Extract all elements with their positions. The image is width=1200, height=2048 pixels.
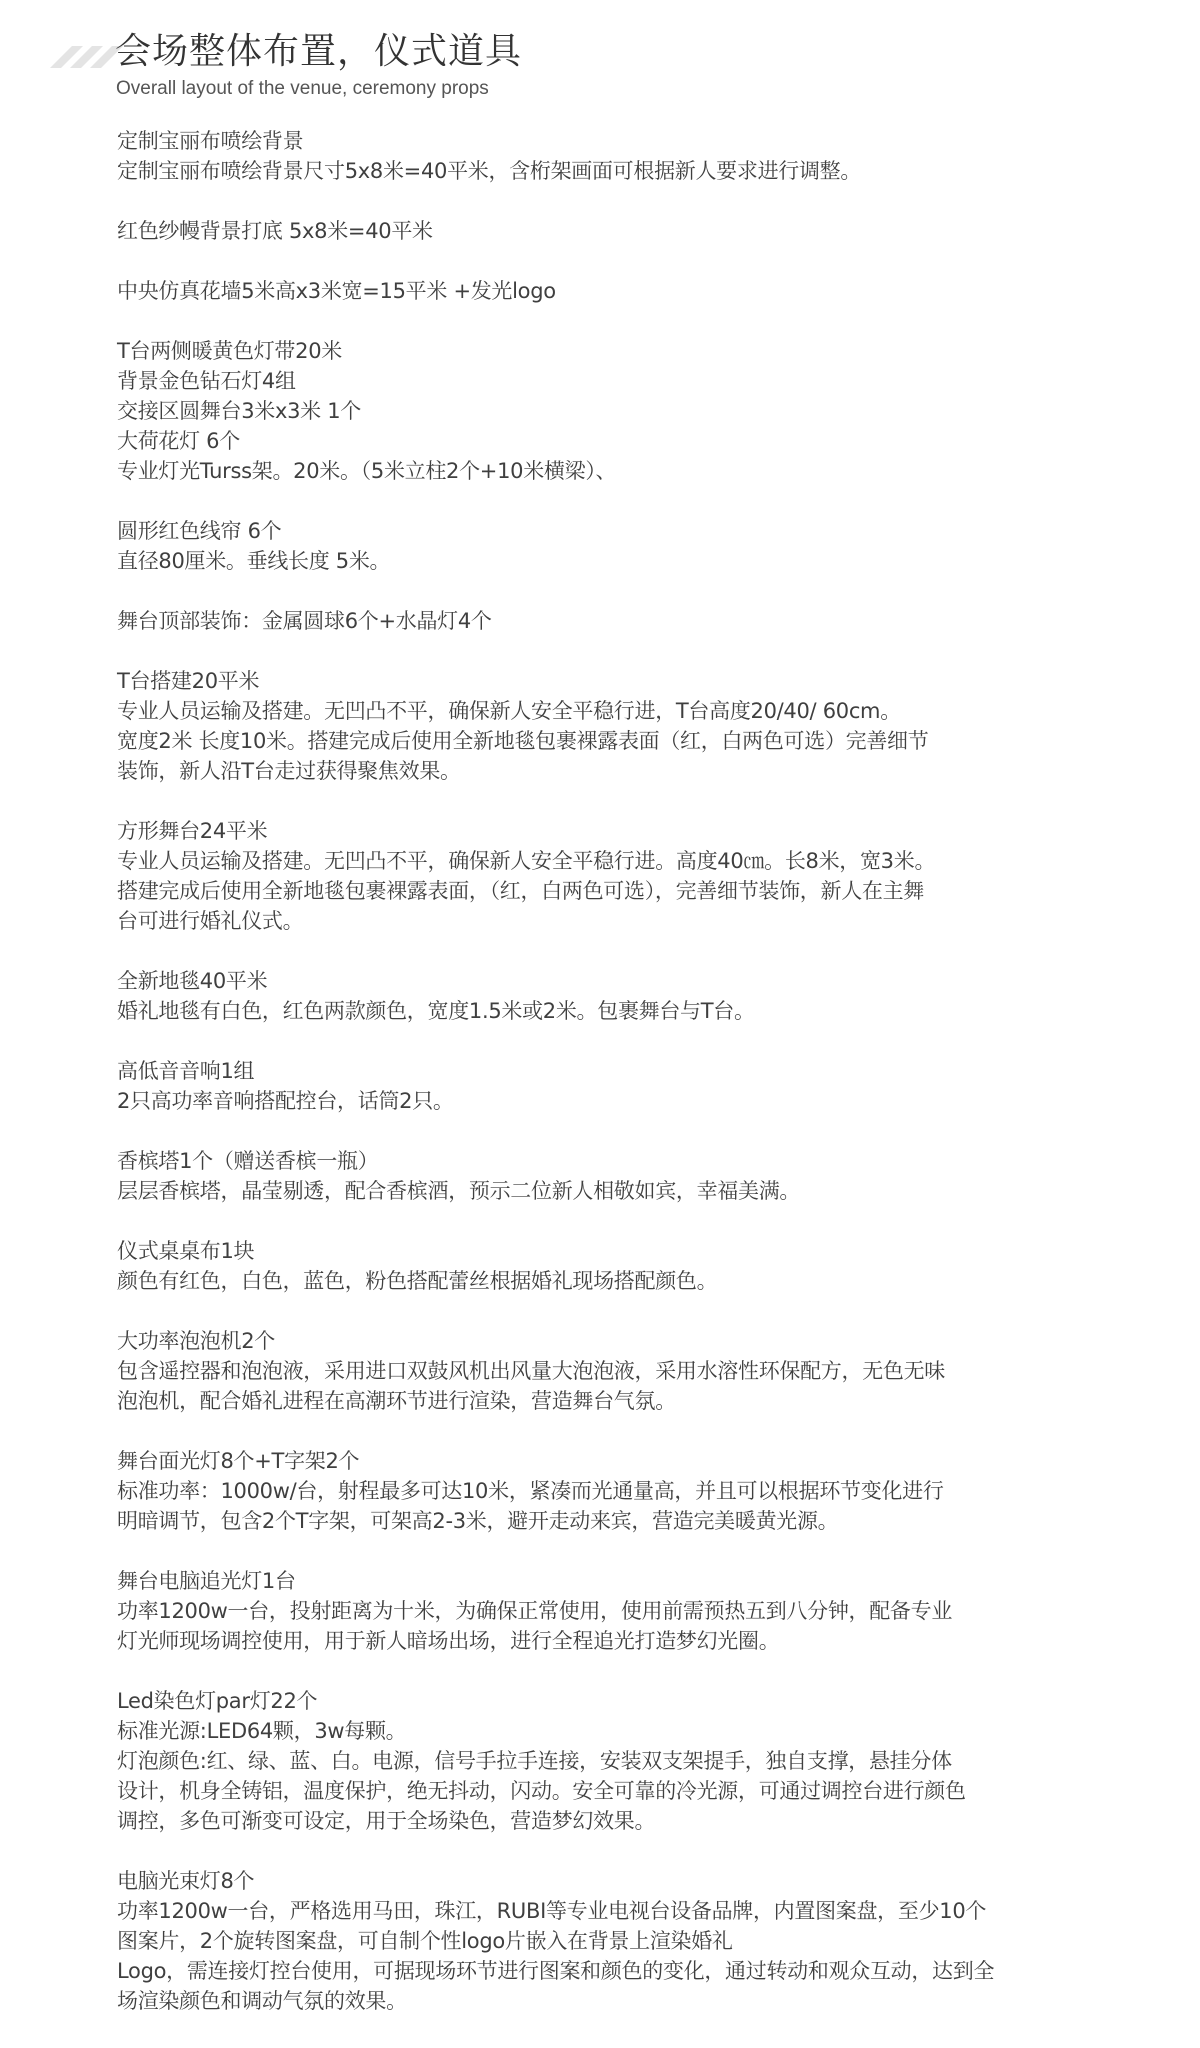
item-description: 包含遥控器和泡泡液，采用进口双鼓风机出风量大泡泡液，采用水溶性环保配方，无色无味 xyxy=(117,1356,1197,1386)
item-description: 灯光师现场调控使用，用于新人暗场出场，进行全程追光打造梦幻光圈。 xyxy=(117,1626,1197,1656)
diagonal-stripes-icon xyxy=(38,46,108,68)
item-lighting-group: T台两侧暖黄色灯带20米 背景金色钻石灯4组 交接区圆舞台3米x3米 1个 大荷… xyxy=(117,336,1197,486)
item-title: 电脑光束灯8个 xyxy=(117,1866,1197,1896)
section-header: 会场整体布置，仪式道具 Overall layout of the venue,… xyxy=(0,0,1200,110)
item-title: 红色纱幔背景打底 5x8米=40平米 xyxy=(117,216,1197,246)
item-description: 2只高功率音响搭配控台，话筒2只。 xyxy=(117,1086,1197,1116)
item-title: T台搭建20平米 xyxy=(117,666,1197,696)
item-description: 设计，机身全铸铝，温度保护，绝无抖动，闪动。安全可靠的冷光源，可通过调控台进行颜… xyxy=(117,1776,1197,1806)
item-thread-curtain: 圆形红色线帘 6个 直径80厘米。垂线长度 5米。 xyxy=(117,516,1197,576)
item-speakers: 高低音音响1组 2只高功率音响搭配控台，话筒2只。 xyxy=(117,1056,1197,1116)
item-title: 舞台面光灯8个+T字架2个 xyxy=(117,1446,1197,1476)
item-title: 圆形红色线帘 6个 xyxy=(117,516,1197,546)
item-description: 明暗调节，包含2个T字架，可架高2-3米，避开走动来宾，营造完美暖黄光源。 xyxy=(117,1506,1197,1536)
item-title: 大功率泡泡机2个 xyxy=(117,1326,1197,1356)
item-title: 背景金色钻石灯4组 xyxy=(117,366,1197,396)
item-description: 台可进行婚礼仪式。 xyxy=(117,906,1197,936)
item-description: 标准光源:LED64颗，3w每颗。 xyxy=(117,1716,1197,1746)
item-title: 定制宝丽布喷绘背景 xyxy=(117,126,1197,156)
item-title: T台两侧暖黄色灯带20米 xyxy=(117,336,1197,366)
item-table-cloth: 仪式桌桌布1块 颜色有红色，白色，蓝色，粉色搭配蕾丝根据婚礼现场搭配颜色。 xyxy=(117,1236,1197,1296)
page-subtitle: Overall layout of the venue, ceremony pr… xyxy=(116,78,489,100)
item-title: 交接区圆舞台3米x3米 1个 xyxy=(117,396,1197,426)
props-list: 定制宝丽布喷绘背景 定制宝丽布喷绘背景尺寸5x8米=40平米，含桁架画面可根据新… xyxy=(117,126,1197,2046)
item-description: 婚礼地毯有白色，红色两款颜色，宽度1.5米或2米。包裹舞台与T台。 xyxy=(117,996,1197,1026)
item-title: Led染色灯par灯22个 xyxy=(117,1686,1197,1716)
item-description: 专业人员运输及搭建。无凹凸不平，确保新人安全平稳行进。高度40㎝。长8米，宽3米… xyxy=(117,846,1197,876)
item-description: 颜色有红色，白色，蓝色，粉色搭配蕾丝根据婚礼现场搭配颜色。 xyxy=(117,1266,1197,1296)
item-description: 定制宝丽布喷绘背景尺寸5x8米=40平米，含桁架画面可根据新人要求进行调整。 xyxy=(117,156,1197,186)
item-description: 调控，多色可渐变可设定，用于全场染色，营造梦幻效果。 xyxy=(117,1806,1197,1836)
item-description: 装饰，新人沿T台走过获得聚焦效果。 xyxy=(117,756,1197,786)
item-title: 大荷花灯 6个 xyxy=(117,426,1197,456)
item-title: 全新地毯40平米 xyxy=(117,966,1197,996)
item-description: 标准功率：1000w/台，射程最多可达10米，紧凑而光通量高，并且可以根据环节变… xyxy=(117,1476,1197,1506)
item-title: 高低音音响1组 xyxy=(117,1056,1197,1086)
item-face-light: 舞台面光灯8个+T字架2个 标准功率：1000w/台，射程最多可达10米，紧凑而… xyxy=(117,1446,1197,1536)
item-t-stage: T台搭建20平米 专业人员运输及搭建。无凹凸不平，确保新人安全平稳行进，T台高度… xyxy=(117,666,1197,786)
item-description: 场渲染颜色和调动气氛的效果。 xyxy=(117,1986,1197,2016)
item-title: 仪式桌桌布1块 xyxy=(117,1236,1197,1266)
item-description: 直径80厘米。垂线长度 5米。 xyxy=(117,546,1197,576)
item-follow-spot: 舞台电脑追光灯1台 功率1200w一台，投射距离为十米，为确保正常使用，使用前需… xyxy=(117,1566,1197,1656)
item-description: 泡泡机，配合婚礼进程在高潮环节进行渲染，营造舞台气氛。 xyxy=(117,1386,1197,1416)
item-flower-wall: 中央仿真花墙5米高x3米宽=15平米 +发光logo xyxy=(117,276,1197,306)
item-square-stage: 方形舞台24平米 专业人员运输及搭建。无凹凸不平，确保新人安全平稳行进。高度40… xyxy=(117,816,1197,936)
item-description: 专业人员运输及搭建。无凹凸不平，确保新人安全平稳行进，T台高度20/40/ 60… xyxy=(117,696,1197,726)
item-description: Logo，需连接灯控台使用，可据现场环节进行图案和颜色的变化，通过转动和观众互动… xyxy=(117,1956,1197,1986)
item-description: 功率1200w一台，投射距离为十米，为确保正常使用，使用前需预热五到八分钟，配备… xyxy=(117,1596,1197,1626)
item-title: 中央仿真花墙5米高x3米宽=15平米 +发光logo xyxy=(117,276,1197,306)
item-title: 专业灯光Turss架。20米。（5米立柱2个+10米横梁）、 xyxy=(117,456,1197,486)
page-title: 会场整体布置，仪式道具 xyxy=(115,30,522,74)
item-description: 宽度2米 长度10米。搭建完成后使用全新地毯包裹裸露表面（红，白两色可选）完善细… xyxy=(117,726,1197,756)
item-red-drape: 红色纱幔背景打底 5x8米=40平米 xyxy=(117,216,1197,246)
item-led-par: Led染色灯par灯22个 标准光源:LED64颗，3w每颗。 灯泡颜色:红、绿… xyxy=(117,1686,1197,1836)
item-title: 方形舞台24平米 xyxy=(117,816,1197,846)
item-description: 层层香槟塔，晶莹剔透，配合香槟酒，预示二位新人相敬如宾，幸福美满。 xyxy=(117,1176,1197,1206)
item-carpet: 全新地毯40平米 婚礼地毯有白色，红色两款颜色，宽度1.5米或2米。包裹舞台与T… xyxy=(117,966,1197,1026)
item-title: 舞台顶部装饰：金属圆球6个+水晶灯4个 xyxy=(117,606,1197,636)
item-title: 香槟塔1个（赠送香槟一瓶） xyxy=(117,1146,1197,1176)
item-description: 功率1200w一台，严格选用马田，珠江，RUBI等专业电视台设备品牌，内置图案盘… xyxy=(117,1896,1197,1926)
item-description: 灯泡颜色:红、绿、蓝、白。电源，信号手拉手连接，安装双支架提手，独自支撑，悬挂分… xyxy=(117,1746,1197,1776)
item-title: 舞台电脑追光灯1台 xyxy=(117,1566,1197,1596)
item-description: 图案片，2个旋转图案盘，可自制个性logo片嵌入在背景上渲染婚礼 xyxy=(117,1926,1197,1956)
item-backdrop-print: 定制宝丽布喷绘背景 定制宝丽布喷绘背景尺寸5x8米=40平米，含桁架画面可根据新… xyxy=(117,126,1197,186)
item-stage-top-decor: 舞台顶部装饰：金属圆球6个+水晶灯4个 xyxy=(117,606,1197,636)
item-bubble-machine: 大功率泡泡机2个 包含遥控器和泡泡液，采用进口双鼓风机出风量大泡泡液，采用水溶性… xyxy=(117,1326,1197,1416)
item-beam-light: 电脑光束灯8个 功率1200w一台，严格选用马田，珠江，RUBI等专业电视台设备… xyxy=(117,1866,1197,2016)
item-description: 搭建完成后使用全新地毯包裹裸露表面，（红，白两色可选），完善细节装饰，新人在主舞 xyxy=(117,876,1197,906)
item-champagne-tower: 香槟塔1个（赠送香槟一瓶） 层层香槟塔，晶莹剔透，配合香槟酒，预示二位新人相敬如… xyxy=(117,1146,1197,1206)
